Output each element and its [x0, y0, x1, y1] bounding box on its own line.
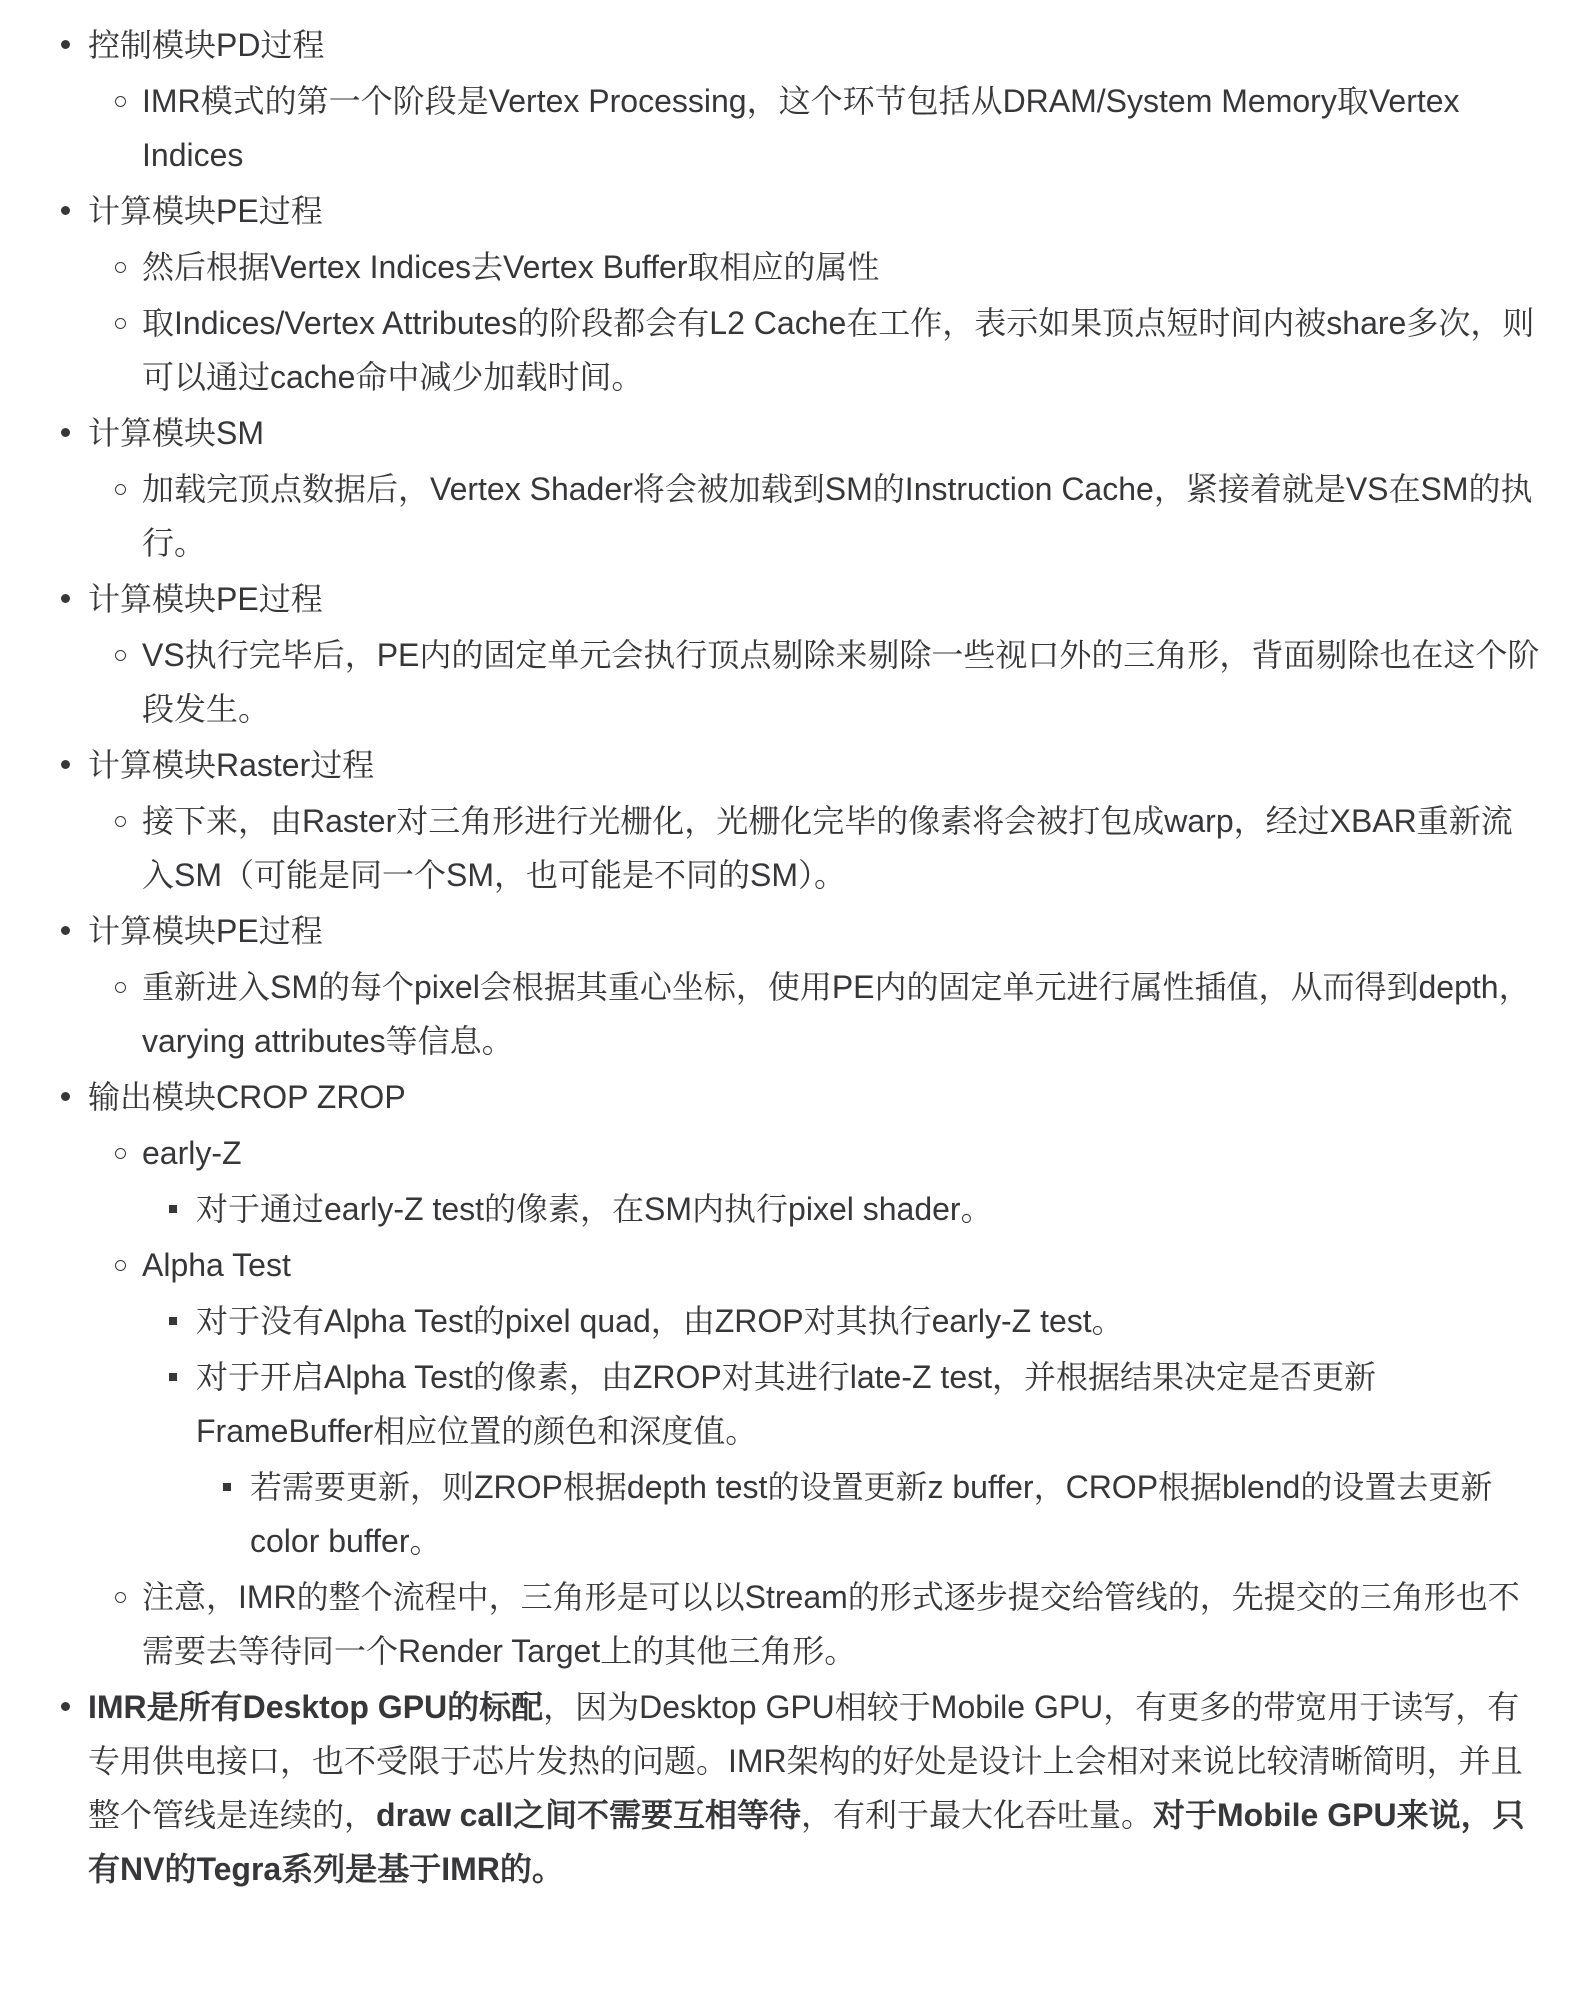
text-run: 加载完顶点数据后，Vertex Shader将会被加载到SM的Instructi… — [142, 471, 1533, 561]
text-run: early-Z — [142, 1135, 242, 1171]
list-item: 注意，IMR的整个流程中，三角形是可以以Stream的形式逐步提交给管线的，先提… — [112, 1570, 1544, 1678]
list-item-text: 计算模块SM — [88, 406, 1544, 460]
list-item-text: 加载完顶点数据后，Vertex Shader将会被加载到SM的Instructi… — [142, 462, 1544, 570]
list-item-text: 计算模块PE过程 — [88, 184, 1544, 238]
list-item-text: VS执行完毕后，PE内的固定单元会执行顶点剔除来剔除一些视口外的三角形，背面剔除… — [142, 628, 1544, 736]
list-item-text: early-Z — [142, 1126, 1544, 1180]
bullet-circle-icon — [112, 1238, 142, 1292]
list-item: 计算模块PE过程 — [58, 904, 1544, 958]
bullet-circle-icon — [112, 462, 142, 570]
list-item: 加载完顶点数据后，Vertex Shader将会被加载到SM的Instructi… — [112, 462, 1544, 570]
text-run: 计算模块SM — [88, 415, 264, 451]
text-run: 对于开启Alpha Test的像素，由ZROP对其进行late-Z test，并… — [196, 1359, 1376, 1449]
text-run: 计算模块PE过程 — [88, 193, 323, 229]
bullet-circle-icon — [112, 1126, 142, 1180]
list-item-text: 对于没有Alpha Test的pixel quad，由ZROP对其执行early… — [196, 1294, 1544, 1348]
list-item-text: 计算模块PE过程 — [88, 572, 1544, 626]
list-item: 取Indices/Vertex Attributes的阶段都会有L2 Cache… — [112, 296, 1544, 404]
text-run: 控制模块PD过程 — [88, 27, 324, 63]
text-run-bold: IMR是所有Desktop GPU的标配 — [88, 1689, 543, 1725]
list-item-text: 若需要更新，则ZROP根据depth test的设置更新z buffer，CRO… — [250, 1460, 1544, 1568]
document-page: 控制模块PD过程IMR模式的第一个阶段是Vertex Processing，这个… — [0, 0, 1588, 1928]
bullet-circle-icon — [112, 794, 142, 902]
text-run: 重新进入SM的每个pixel会根据其重心坐标，使用PE内的固定单元进行属性插值，… — [142, 969, 1531, 1059]
list-item: IMR是所有Desktop GPU的标配，因为Desktop GPU相较于Mob… — [58, 1680, 1544, 1896]
list-item: 计算模块SM — [58, 406, 1544, 460]
list-item: 输出模块CROP ZROP — [58, 1070, 1544, 1124]
list-item-text: 然后根据Vertex Indices去Vertex Buffer取相应的属性 — [142, 240, 1544, 294]
bullet-disc-icon — [58, 572, 88, 626]
list-item: 计算模块PE过程 — [58, 572, 1544, 626]
bullet-circle-icon — [112, 74, 142, 182]
bullet-disc-icon — [58, 1680, 88, 1896]
bullet-square-icon — [166, 1182, 196, 1236]
list-item: Alpha Test — [112, 1238, 1544, 1292]
list-item: 重新进入SM的每个pixel会根据其重心坐标，使用PE内的固定单元进行属性插值，… — [112, 960, 1544, 1068]
bullet-square-icon — [220, 1460, 250, 1568]
bullet-disc-icon — [58, 1070, 88, 1124]
bullet-circle-icon — [112, 296, 142, 404]
list-item: 计算模块PE过程 — [58, 184, 1544, 238]
list-item-text: 注意，IMR的整个流程中，三角形是可以以Stream的形式逐步提交给管线的，先提… — [142, 1570, 1544, 1678]
bullet-square-icon — [166, 1294, 196, 1348]
text-run: Alpha Test — [142, 1247, 291, 1283]
list-item: early-Z — [112, 1126, 1544, 1180]
text-run: 计算模块Raster过程 — [88, 747, 374, 783]
list-item: 计算模块Raster过程 — [58, 738, 1544, 792]
bullet-disc-icon — [58, 18, 88, 72]
text-run: 计算模块PE过程 — [88, 581, 323, 617]
list-item-text: 对于通过early-Z test的像素，在SM内执行pixel shader。 — [196, 1182, 1544, 1236]
text-run: 注意，IMR的整个流程中，三角形是可以以Stream的形式逐步提交给管线的，先提… — [142, 1579, 1520, 1669]
bullet-disc-icon — [58, 738, 88, 792]
list-item-text: IMR是所有Desktop GPU的标配，因为Desktop GPU相较于Mob… — [88, 1680, 1544, 1896]
bullet-circle-icon — [112, 1570, 142, 1678]
text-run: VS执行完毕后，PE内的固定单元会执行顶点剔除来剔除一些视口外的三角形，背面剔除… — [142, 637, 1539, 727]
list-item: 控制模块PD过程 — [58, 18, 1544, 72]
text-run: 对于没有Alpha Test的pixel quad，由ZROP对其执行early… — [196, 1303, 1124, 1339]
list-item-text: IMR模式的第一个阶段是Vertex Processing，这个环节包括从DRA… — [142, 74, 1544, 182]
list-item: 对于通过early-Z test的像素，在SM内执行pixel shader。 — [166, 1182, 1544, 1236]
list-item-text: 接下来，由Raster对三角形进行光栅化，光栅化完毕的像素将会被打包成warp，… — [142, 794, 1544, 902]
list-item-text: Alpha Test — [142, 1238, 1544, 1292]
bullet-circle-icon — [112, 628, 142, 736]
list-item: VS执行完毕后，PE内的固定单元会执行顶点剔除来剔除一些视口外的三角形，背面剔除… — [112, 628, 1544, 736]
list-item-text: 对于开启Alpha Test的像素，由ZROP对其进行late-Z test，并… — [196, 1350, 1544, 1458]
bullet-circle-icon — [112, 240, 142, 294]
bullet-square-icon — [166, 1350, 196, 1458]
bullet-disc-icon — [58, 904, 88, 958]
list-item: 接下来，由Raster对三角形进行光栅化，光栅化完毕的像素将会被打包成warp，… — [112, 794, 1544, 902]
list-item-text: 取Indices/Vertex Attributes的阶段都会有L2 Cache… — [142, 296, 1544, 404]
text-run-bold: draw call之间不需要互相等待 — [376, 1797, 801, 1833]
list-item-text: 控制模块PD过程 — [88, 18, 1544, 72]
list-item-text: 计算模块Raster过程 — [88, 738, 1544, 792]
text-run: 取Indices/Vertex Attributes的阶段都会有L2 Cache… — [142, 305, 1534, 395]
list-item: 然后根据Vertex Indices去Vertex Buffer取相应的属性 — [112, 240, 1544, 294]
text-run: 接下来，由Raster对三角形进行光栅化，光栅化完毕的像素将会被打包成warp，… — [142, 803, 1513, 893]
bullet-disc-icon — [58, 406, 88, 460]
list-item: 若需要更新，则ZROP根据depth test的设置更新z buffer，CRO… — [220, 1460, 1544, 1568]
list-item: IMR模式的第一个阶段是Vertex Processing，这个环节包括从DRA… — [112, 74, 1544, 182]
text-run: 输出模块CROP ZROP — [88, 1079, 406, 1115]
list-item-text: 计算模块PE过程 — [88, 904, 1544, 958]
text-run: 对于通过early-Z test的像素，在SM内执行pixel shader。 — [196, 1191, 993, 1227]
list-item-text: 输出模块CROP ZROP — [88, 1070, 1544, 1124]
bullet-list: 控制模块PD过程IMR模式的第一个阶段是Vertex Processing，这个… — [58, 18, 1544, 1896]
text-run: 计算模块PE过程 — [88, 913, 323, 949]
text-run: 若需要更新，则ZROP根据depth test的设置更新z buffer，CRO… — [250, 1469, 1492, 1559]
text-run: 然后根据Vertex Indices去Vertex Buffer取相应的属性 — [142, 249, 879, 285]
list-item: 对于开启Alpha Test的像素，由ZROP对其进行late-Z test，并… — [166, 1350, 1544, 1458]
list-item: 对于没有Alpha Test的pixel quad，由ZROP对其执行early… — [166, 1294, 1544, 1348]
bullet-disc-icon — [58, 184, 88, 238]
list-item-text: 重新进入SM的每个pixel会根据其重心坐标，使用PE内的固定单元进行属性插值，… — [142, 960, 1544, 1068]
bullet-circle-icon — [112, 960, 142, 1068]
text-run: IMR模式的第一个阶段是Vertex Processing，这个环节包括从DRA… — [142, 83, 1460, 173]
text-run: ，有利于最大化吞吐量。 — [801, 1797, 1153, 1833]
